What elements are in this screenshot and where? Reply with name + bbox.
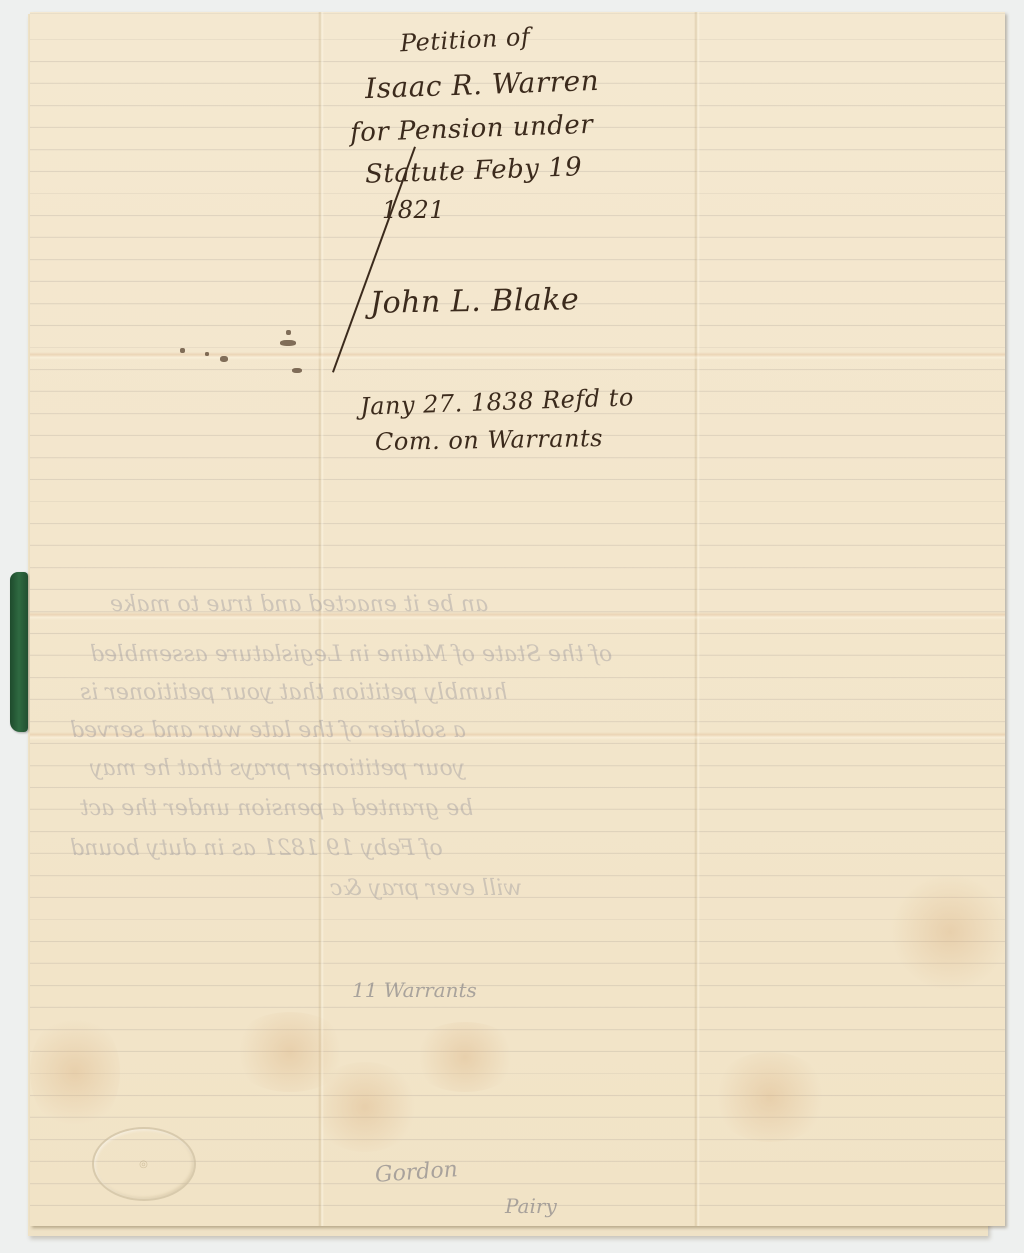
pencil-note: Pairy xyxy=(505,1194,557,1218)
bleed-through-text: humbly petition that your petitioner is xyxy=(80,680,507,705)
bleed-through-text: will ever pray &c xyxy=(330,876,522,901)
pencil-warrant-note: 11 Warrants xyxy=(352,978,477,1002)
ink-blot xyxy=(280,340,296,346)
bleed-through-text: an be it enacted and true to make xyxy=(110,592,488,617)
green-ribbon-binding xyxy=(10,572,28,732)
bleed-through-text: your petitioner prays that he may xyxy=(90,756,465,781)
referral-committee: Com. on Warrants xyxy=(375,424,603,456)
ink-blot xyxy=(286,330,291,335)
document-page: an be it enacted and true to make of the… xyxy=(30,12,1005,1226)
ink-blot xyxy=(220,356,228,362)
water-stain xyxy=(890,872,1005,992)
bleed-through-text: of the State of Maine in Legislature ass… xyxy=(90,642,612,667)
horizontal-fold xyxy=(30,352,1005,360)
water-stain xyxy=(710,1052,830,1142)
embossed-seal: ◎ xyxy=(92,1127,196,1201)
water-stain xyxy=(30,1012,120,1132)
water-stain xyxy=(410,1022,520,1092)
signature: John L. Blake xyxy=(370,282,580,321)
ink-blot xyxy=(180,348,185,353)
ink-blot xyxy=(205,352,209,356)
bleed-through-text: of Feby 19 1821 as in duty bound xyxy=(70,836,443,861)
ink-blot xyxy=(292,368,302,373)
water-stain xyxy=(310,1062,420,1152)
bleed-through-text: be granted a pension under the act xyxy=(80,796,473,821)
bleed-through-text: a soldier of the late war and served xyxy=(70,718,466,743)
